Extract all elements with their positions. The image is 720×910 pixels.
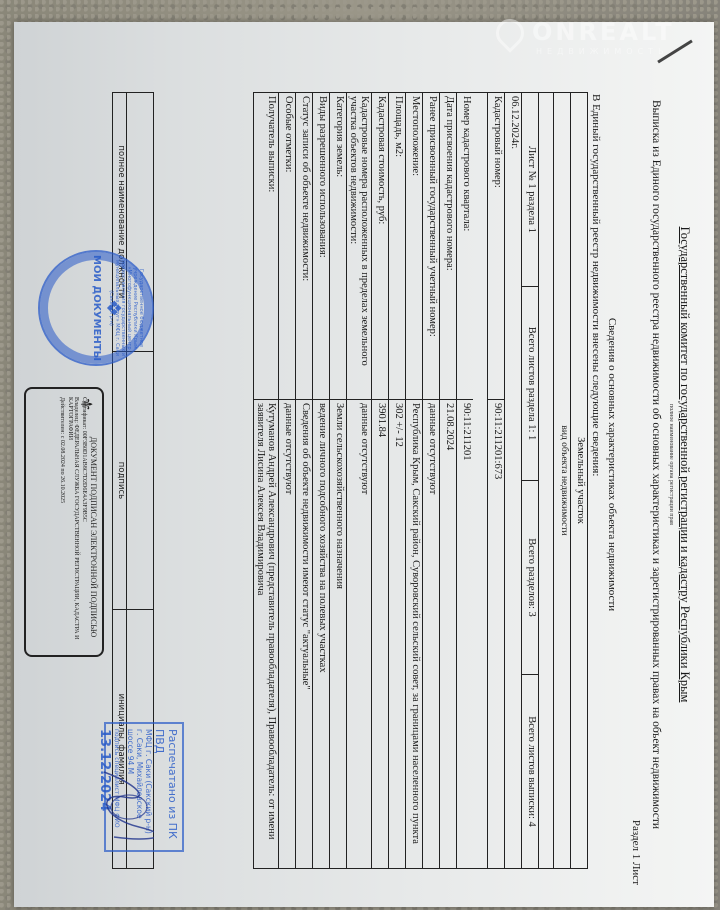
- row-value: 3901.84: [372, 400, 388, 868]
- table-row: Дата присвоения кадастрового номера:21.0…: [440, 93, 457, 868]
- row-value: данные отсутствуют: [423, 400, 439, 868]
- table-row: Местоположение:Республика Крым, Сакский …: [406, 93, 423, 868]
- extract-date: 06.12.2024г.: [505, 93, 521, 399]
- row-label: Кадастровая стоимость, руб:: [372, 93, 388, 400]
- row-value: данные отсутствуют: [347, 400, 371, 868]
- object-type-value: Земельный участок: [571, 93, 587, 868]
- row-value: Сведения об объекте недвижимости имеют с…: [296, 400, 312, 868]
- object-type-caption-row: вид объекта недвижимости: [554, 93, 571, 868]
- document-page: Государственный комитет по государственн…: [14, 22, 714, 907]
- row-value: 21.08.2024: [440, 400, 456, 868]
- row-value: Республика Крым, Сакский район, Суворовс…: [406, 400, 422, 868]
- table-row: Виды разрешенного использования:ведение …: [313, 93, 330, 868]
- ecp-title: ДОКУМЕНТ ПОДПИСАН ЭЛЕКТРОННОЙ ПОДПИСЬЮ: [89, 427, 98, 647]
- ecp-certificate: Сертификат: 00F3B0D1AB8C7D2D6E4A3F9B5C: [81, 397, 87, 647]
- table-row: Ранее присвоенный государственный учетны…: [423, 93, 440, 868]
- row-value: 302 +/- 12: [389, 400, 405, 868]
- row-label: Получатель выписки:: [254, 93, 278, 400]
- cadastral-number-label: Кадастровый номер:: [488, 93, 504, 400]
- characteristics-table: Земельный участок вид объекта недвижимос…: [253, 92, 588, 869]
- row-value: Земли сельскохозяйственного назначения: [330, 400, 346, 868]
- mfc-round-stamp: Государственное бюджетное учреждение Рес…: [38, 250, 154, 366]
- intro-text: В Единый государственный реестр недвижим…: [590, 94, 602, 476]
- handwritten-signature-icon: [94, 767, 154, 847]
- stamp-ring-text: Государственное бюджетное учреждение Рес…: [108, 258, 144, 358]
- object-type-row: Земельный участок: [571, 93, 587, 868]
- table-row: Площадь, м2:302 +/- 12: [389, 93, 406, 868]
- printed-line1: Распечатано из ПК ПВД: [153, 729, 179, 845]
- row-value: Кутуманов Андрей Александрович (представ…: [254, 400, 278, 868]
- table-row: Номер кадастрового квартала:90:11:211201: [457, 93, 473, 868]
- ecp-valid: Действителен: с 02.08.2024 по 26.10.2025: [59, 397, 65, 647]
- row-label: Статус записи об объекте недвижимости:: [296, 93, 312, 400]
- authority-title: Государственный комитет по государственн…: [677, 22, 692, 907]
- row-label: Категория земель:: [330, 93, 346, 400]
- row-label: Ранее присвоенный государственный учетны…: [423, 93, 439, 400]
- section-label: Раздел 1 Лист: [630, 820, 642, 885]
- table-row: Особые отметки:данные отсутствуют: [279, 93, 296, 868]
- spacer-row: [473, 93, 488, 868]
- object-type-caption: вид объекта недвижимости: [554, 93, 570, 868]
- table-row: Статус записи об объекте недвижимости:Св…: [296, 93, 313, 868]
- spacer-row: [539, 93, 554, 868]
- row-label: Дата присвоения кадастрового номера:: [440, 93, 456, 400]
- extract-title: Выписка из Единого государственного реес…: [650, 42, 662, 887]
- row-label: Кадастровые номера расположенных в преде…: [347, 93, 371, 400]
- table-row: Кадастровые номера расположенных в преде…: [347, 93, 372, 868]
- cadastral-number-row: Кадастровый номер: 90:11:211201:673: [488, 93, 505, 868]
- table-row: Кадастровая стоимость, руб:3901.84: [372, 93, 389, 868]
- location-pin-icon: [490, 13, 530, 53]
- date-row: 06.12.2024г.: [505, 93, 522, 868]
- signature-caption: подпись: [113, 352, 126, 610]
- row-label: Местоположение:: [406, 93, 422, 400]
- table-row: Получатель выписки:Кутуманов Андрей Алек…: [254, 93, 279, 868]
- row-label: Площадь, м2:: [389, 93, 405, 400]
- stamp-brand: МОИ ДОКУМЕНТЫ: [91, 252, 102, 364]
- ecp-owner: Владелец: ФЕДЕРАЛЬНАЯ СЛУЖБА ГОСУДАРСТВЕ…: [67, 397, 79, 647]
- authority-caption: полное наименование органа регистрации п…: [668, 22, 674, 907]
- watermark-sub: НЕДВИЖИМОСТЬ: [536, 47, 675, 56]
- sheet-number: Лист № 1 раздела 1: [522, 93, 538, 287]
- cadastral-number-value: 90:11:211201:673: [488, 400, 504, 868]
- electronic-signature-stamp: ⚜ ДОКУМЕНТ ПОДПИСАН ЭЛЕКТРОННОЙ ПОДПИСЬЮ…: [24, 387, 104, 657]
- info-title: Сведения о основных характеристиках объе…: [606, 22, 618, 907]
- row-value: ведение личного подсобного хозяйства на …: [313, 400, 329, 868]
- row-label: Виды разрешенного использования:: [313, 93, 329, 400]
- sheets-in-section: Всего листов раздела 1: 1: [522, 287, 538, 481]
- row-value: данные отсутствуют: [279, 400, 295, 868]
- row-label: Номер кадастрового квартала:: [457, 93, 473, 400]
- watermark-brand: ONREALT: [532, 18, 675, 46]
- sheets-total: Всего листов выписки: 4: [522, 675, 538, 868]
- emblem-icon: ⚜: [76, 397, 96, 411]
- sections-total: Всего разделов: 3: [522, 481, 538, 675]
- row-label: Особые отметки:: [279, 93, 295, 400]
- sheet-info-row: Лист № 1 раздела 1 Всего листов раздела …: [522, 93, 539, 868]
- row-value: 90:11:211201: [457, 400, 473, 868]
- onrealt-watermark: ONREALT НЕДВИЖИМОСТЬ: [496, 18, 675, 56]
- table-row: Категория земель:Земли сельскохозяйствен…: [330, 93, 347, 868]
